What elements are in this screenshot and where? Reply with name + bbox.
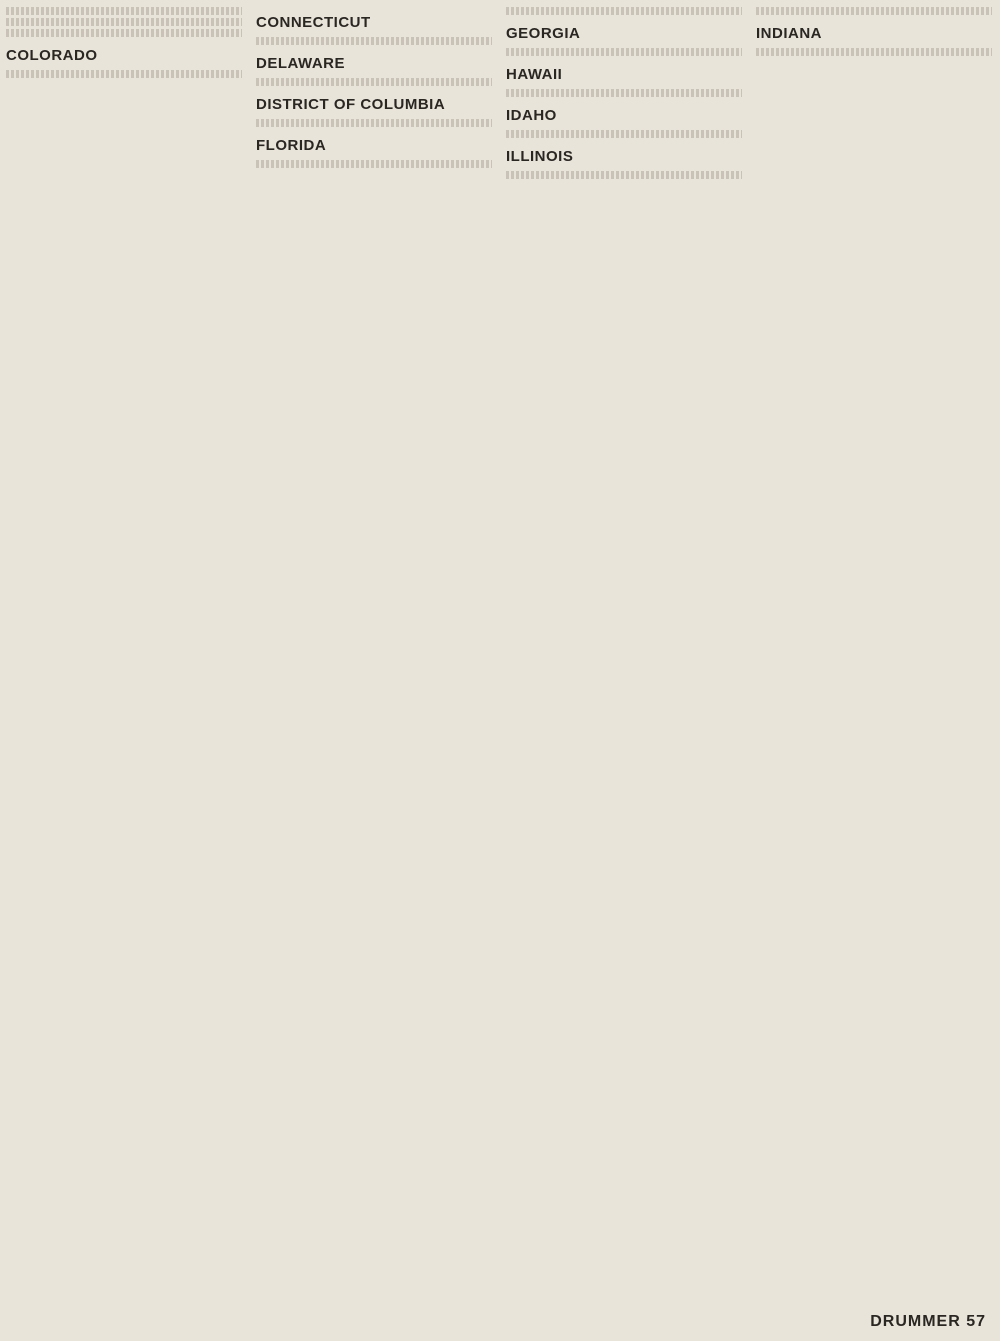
classifieds-page: COLORADO CONNECTICUT DELAWARE DISTRICT O… — [6, 4, 992, 1301]
section-header: GEORGIA — [506, 25, 742, 42]
section-header: IDAHO — [506, 107, 742, 124]
section-header: COLORADO — [6, 47, 242, 64]
column-2: CONNECTICUT DELAWARE DISTRICT OF COLUMBI… — [256, 4, 492, 1301]
page-footer: DRUMMER 57 — [870, 1313, 986, 1331]
ad-text-placeholder — [506, 89, 742, 97]
section-header: ILLINOIS — [506, 148, 742, 165]
ad-text-placeholder — [256, 160, 492, 168]
column-4: INDIANA — [756, 4, 992, 1301]
section-header: FLORIDA — [256, 137, 492, 154]
section-header: HAWAII — [506, 66, 742, 83]
section-header: DISTRICT OF COLUMBIA — [256, 96, 492, 113]
ad-text-placeholder — [756, 7, 992, 15]
ad-text-placeholder — [506, 171, 742, 179]
ad-text-placeholder — [256, 119, 492, 127]
section-header: CONNECTICUT — [256, 14, 492, 31]
ad-text-placeholder — [6, 70, 242, 78]
column-1: COLORADO — [6, 4, 242, 1301]
ad-text-placeholder — [506, 48, 742, 56]
ad-text-placeholder — [506, 130, 742, 138]
ad-text-placeholder — [6, 7, 242, 15]
column-3: GEORGIA HAWAII IDAHO ILLINOIS — [506, 4, 742, 1301]
ad-text-placeholder — [6, 29, 242, 37]
ad-text-placeholder — [506, 7, 742, 15]
section-header: INDIANA — [756, 25, 992, 42]
section-header: DELAWARE — [256, 55, 492, 72]
ad-text-placeholder — [756, 48, 992, 56]
ad-text-placeholder — [256, 37, 492, 45]
ad-text-placeholder — [256, 78, 492, 86]
ad-text-placeholder — [6, 18, 242, 26]
publication-name: DRUMMER — [870, 1313, 961, 1330]
page-number: 57 — [966, 1313, 986, 1330]
